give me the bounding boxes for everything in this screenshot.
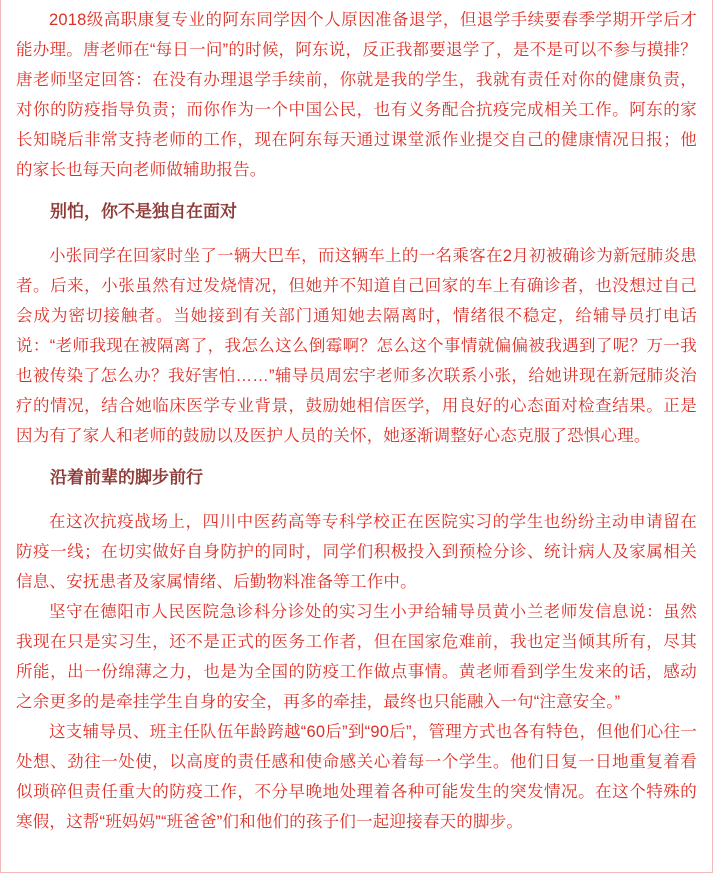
paragraph-student-adong: 2018级高职康复专业的阿东同学因个人原因准备退学，但退学手续要春季学期开学后才… [16,5,697,185]
paragraph-intern-xiaoyin: 坚守在德阳市人民医院急诊科分诊处的实习生小尹给辅导员黄小兰老师发信息说：虽然我现… [16,597,697,717]
paragraph-intern-students: 在这次抗疫战场上，四川中医药高等专科学校正在医院实习的学生也纷纷主动申请留在防疫… [16,507,697,597]
article-page: 2018级高职康复专业的阿东同学因个人原因准备退学，但退学手续要春季学期开学后才… [0,0,713,873]
paragraph-counselor-team: 这支辅导员、班主任队伍年龄跨越“60后”到“90后”，管理方式也各有特色，但他们… [16,717,697,837]
section-heading-not-alone: 别怕，你不是独自在面对 [16,197,697,227]
section-heading-follow-predecessors: 沿着前辈的脚步前行 [16,463,697,493]
paragraph-student-xiaozhang: 小张同学在回家时坐了一辆大巴车，而这辆车上的一名乘客在2月初被确诊为新冠肺炎患者… [16,241,697,451]
